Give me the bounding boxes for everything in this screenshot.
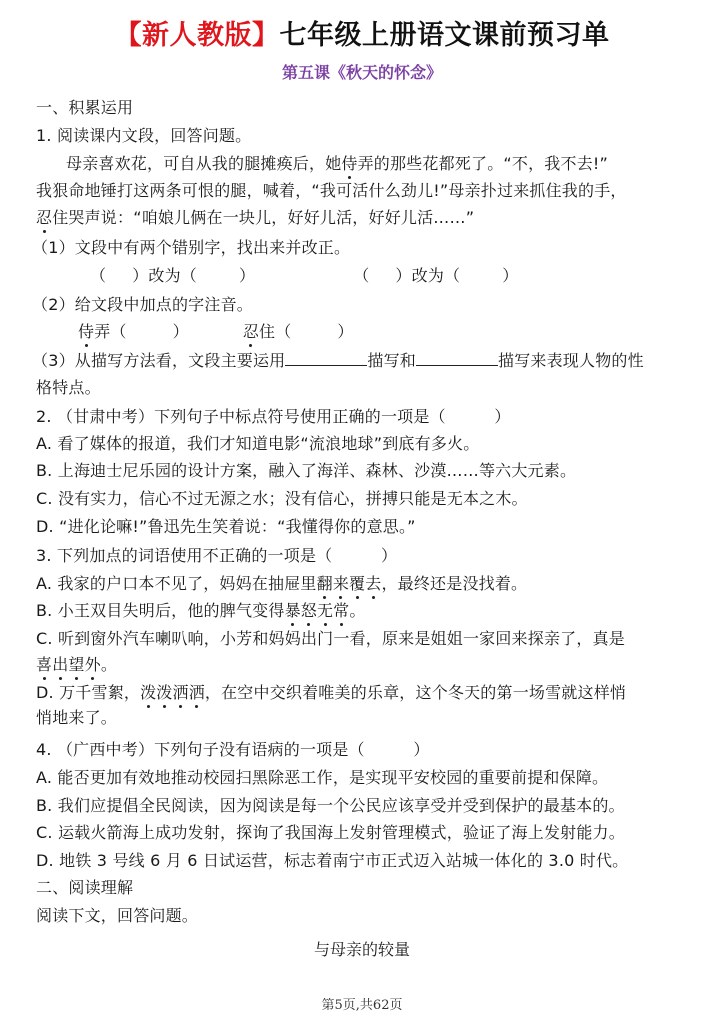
fill-blank-row: （）改为（）（）改为（） bbox=[90, 265, 518, 287]
emphasis-char: 侍 bbox=[78, 321, 94, 343]
q4-option-a: A. 能否更加有效地推动校园扫黑除恶工作，是实现平安校园的重要前提和保障。 bbox=[36, 767, 608, 789]
q4-option-d: D. 地铁 3 号线 6 月 6 日试运营，标志着南宁市正式迈入站城一体化的 3… bbox=[36, 850, 628, 872]
emphasis-char: 翻 bbox=[317, 573, 333, 595]
emphasis-char: 去 bbox=[365, 573, 381, 595]
question-3-prompt: 3. 下列加点的词语使用不正确的一项是（ ） bbox=[36, 545, 397, 567]
passage-line-3: 忍住哭声说：“咱娘儿俩在一块儿，好好儿活，好好儿活……” bbox=[36, 207, 474, 229]
section-heading-2: 二、阅读理解 bbox=[36, 877, 133, 899]
passage-line-2: 我狠命地锤打这两条可恨的腿，喊着，“我可活什么劲儿!”母亲扑过来抓住我的手， bbox=[36, 180, 627, 202]
emphasis-char: 暴 bbox=[285, 600, 301, 622]
q4-option-c: C. 运载火箭海上成功发射，探询了我国海上发射管理模式，验证了海上发射能力。 bbox=[36, 822, 625, 844]
q3-option-b: B. 小王双目失明后，他的脾气变得暴怒无常。 bbox=[36, 600, 366, 622]
passage-line-1: 母亲喜欢花，可自从我的腿摊痪后，她侍弄的那些花都死了。“不，我不去!” bbox=[66, 153, 608, 175]
emphasis-char: 洒 bbox=[173, 682, 189, 704]
emphasis-char: 泼 bbox=[140, 682, 156, 704]
question-2-prompt: 2. （甘肃中考）下列句子中标点符号使用正确的一项是（ ） bbox=[36, 406, 511, 428]
reading-instruction: 阅读下文，回答问题。 bbox=[36, 905, 198, 927]
sub-question-2: （2）给文段中加点的字注音。 bbox=[32, 294, 253, 316]
answer-blank[interactable] bbox=[285, 351, 367, 366]
sub-question-3: （3）从描写方法看，文段主要运用描写和描写来表现人物的性 bbox=[32, 350, 644, 372]
edition-tag: 【新人教版】 bbox=[115, 20, 280, 51]
answer-blank[interactable]: （ bbox=[353, 266, 369, 285]
q3-option-a: A. 我家的户口本不见了，妈妈在抽屉里翻来覆去，最终还是没找着。 bbox=[36, 573, 527, 595]
emphasis-char: 外 bbox=[85, 654, 101, 676]
emphasis-char: 忍 bbox=[243, 321, 259, 343]
emphasis-char: 喜 bbox=[36, 654, 52, 676]
emphasis-char: 洒 bbox=[189, 682, 205, 704]
answer-blank[interactable] bbox=[416, 351, 498, 366]
q2-option-a: A. 看了媒体的报道，我们才知道电影“流浪地球”到底有多火。 bbox=[36, 433, 479, 455]
emphasis-char: 无 bbox=[317, 600, 333, 622]
question-4-prompt: 4. （广西中考）下列句子没有语病的一项是（ ） bbox=[36, 739, 430, 761]
q3-option-c: C. 听到窗外汽车喇叭响，小芳和妈妈出门一看，原来是姐姐一家回来探亲了，真是 bbox=[36, 628, 625, 650]
question-1-prompt: 1. 阅读课内文段，回答问题。 bbox=[36, 125, 251, 147]
q2-option-c: C. 没有实力，信心不过无源之水；没有信心，拼搏只能是无本之木。 bbox=[36, 488, 528, 510]
emphasis-char: 侍 bbox=[341, 153, 357, 175]
page-title: 【新人教版】七年级上册语文课前预习单 bbox=[0, 16, 724, 56]
emphasis-char: 怒 bbox=[301, 600, 317, 622]
sub-question-3-cont: 格特点。 bbox=[36, 377, 101, 399]
q3-option-d: D. 万千雪絮，泼泼洒洒，在空中交织着唯美的乐章，这个冬天的第一场雪就这样悄 bbox=[36, 682, 626, 704]
q3-option-c-cont: 喜出望外。 bbox=[36, 654, 117, 676]
pinyin-blank-row: 侍弄（）忍住（） bbox=[78, 321, 354, 343]
sub-question-1: （1）文段中有两个错别字，找出来并改正。 bbox=[32, 237, 350, 259]
page-number: 第5页,共62页 bbox=[0, 994, 724, 1013]
q2-option-d: D. “进化论嘛!”鲁迅先生笑着说：“我懂得你的意思。” bbox=[36, 516, 416, 538]
article-title: 与母亲的较量 bbox=[0, 939, 724, 961]
emphasis-char: 覆 bbox=[349, 573, 365, 595]
emphasis-char: 望 bbox=[68, 654, 84, 676]
q2-option-b: B. 上海迪士尼乐园的设计方案，融入了海洋、森林、沙漠……等六大元素。 bbox=[36, 460, 576, 482]
emphasis-char: 忍 bbox=[36, 207, 52, 229]
emphasis-char: 常 bbox=[333, 600, 349, 622]
lesson-subtitle: 第五课《秋天的怀念》 bbox=[0, 61, 724, 85]
section-heading-1: 一、积累运用 bbox=[36, 97, 133, 119]
q4-option-b: B. 我们应提倡全民阅读，因为阅读是每一个公民应该享受并受到保护的最基本的。 bbox=[36, 795, 625, 817]
emphasis-char: 出 bbox=[52, 654, 68, 676]
title-main: 七年级上册语文课前预习单 bbox=[280, 20, 610, 51]
answer-blank[interactable]: （ bbox=[90, 266, 106, 285]
emphasis-char: 来 bbox=[333, 573, 349, 595]
emphasis-char: 泼 bbox=[156, 682, 172, 704]
q3-option-d-cont: 悄地来了。 bbox=[36, 707, 117, 729]
